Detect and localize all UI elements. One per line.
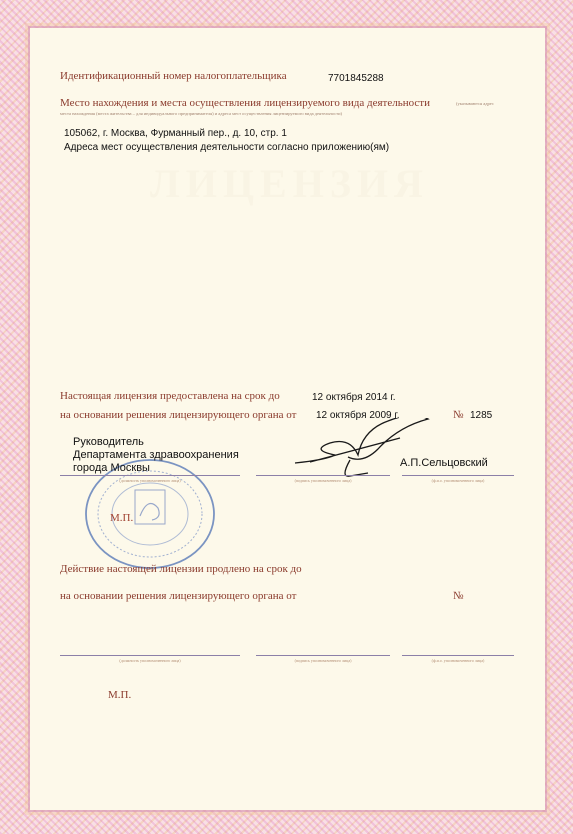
position-line: [60, 475, 240, 476]
watermark-text: ЛИЦЕНЗИЯ: [150, 160, 429, 207]
extension-caption-signature: (подпись уполномоченного лица): [256, 658, 390, 663]
extension-signature-line: [256, 655, 390, 656]
number-sign: №: [453, 409, 464, 421]
decision-label: на основании решения лицензирующего орга…: [60, 409, 296, 421]
position-line-3: города Москвы: [73, 462, 150, 474]
location-label: Место нахождения и места осуществления л…: [60, 97, 430, 109]
address-line-1: 105062, г. Москва, Фурманный пер., д. 10…: [64, 128, 287, 139]
extension-number-sign: №: [453, 590, 464, 602]
extension-caption-position: (должность уполномоченного лица): [60, 658, 240, 663]
extension-caption-name: (ф.и.о. уполномоченного лица): [402, 658, 514, 663]
inn-label: Идентификационный номер налогоплательщик…: [60, 70, 287, 82]
decision-number: 1285: [470, 410, 492, 421]
term-value: 12 октября 2014 г.: [312, 392, 396, 403]
extension-decision-label: на основании решения лицензирующего орга…: [60, 590, 296, 602]
caption-name: (ф.и.о. уполномоченного лица): [402, 478, 514, 483]
position-line-2: Департамента здравоохранения: [73, 449, 239, 461]
signature: [290, 418, 440, 480]
stamp-mark: М.П.: [110, 512, 133, 524]
signature-line: [256, 475, 390, 476]
extension-name-line: [402, 655, 514, 656]
stamp-mark-2: М.П.: [108, 689, 131, 701]
position-line-1: Руководитель: [73, 436, 144, 448]
name-line: [402, 475, 514, 476]
location-note-2: места нахождения (места жительства – для…: [60, 111, 342, 116]
extension-position-line: [60, 655, 240, 656]
caption-signature: (подпись уполномоченного лица): [256, 478, 390, 483]
inn-value: 7701845288: [328, 73, 384, 84]
term-label: Настоящая лицензия предоставлена на срок…: [60, 390, 280, 402]
location-note: (указываются адрес: [456, 101, 494, 106]
signer-name: А.П.Сельцовский: [400, 457, 488, 469]
caption-position: (должность уполномоченного лица): [60, 478, 240, 483]
address-line-2: Адреса мест осуществления деятельности с…: [64, 142, 389, 153]
extension-label: Действие настоящей лицензии продлено на …: [60, 563, 302, 575]
